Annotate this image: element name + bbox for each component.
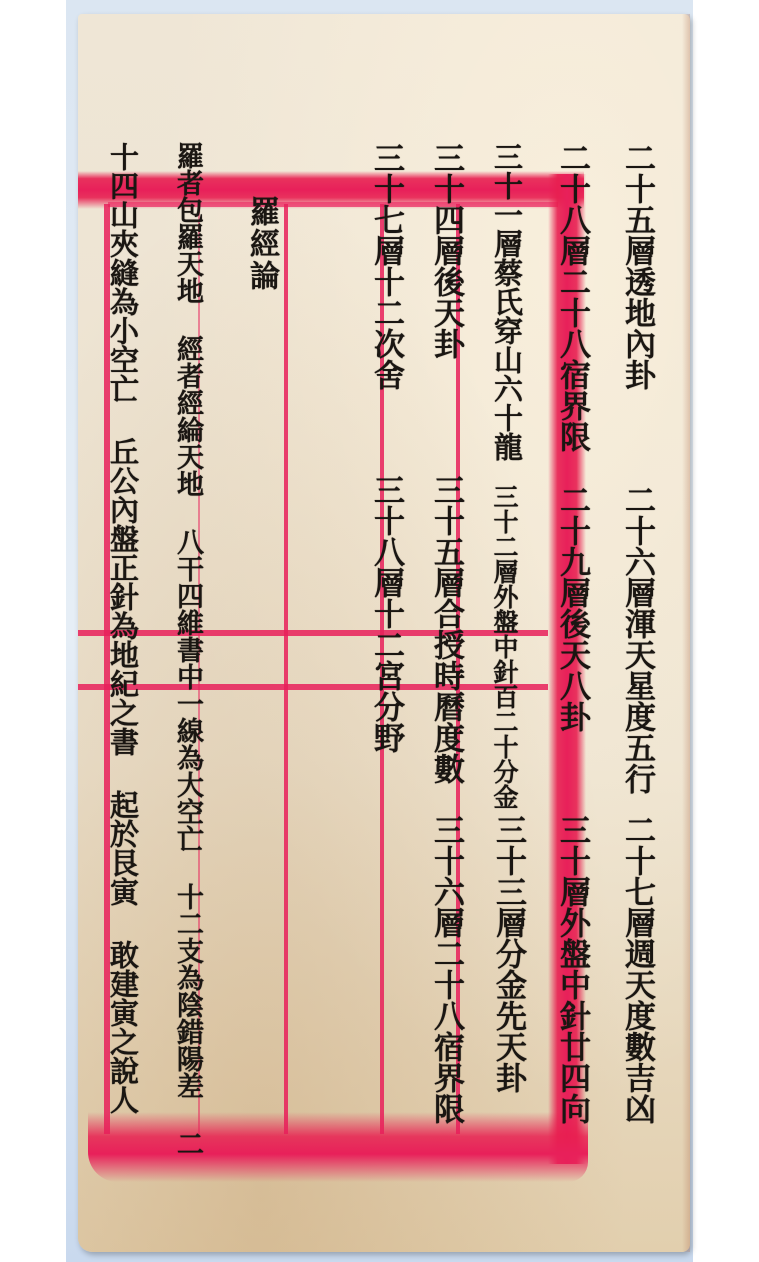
layer-entry: 三十三層分金先天卦 xyxy=(492,814,523,1093)
layer-entry: 三十四層後天卦 xyxy=(430,142,461,359)
red-column-rule xyxy=(284,204,288,1134)
essay-line: 羅者包羅天地 經者經綸天地 八干四維書中一線為大空亡 十二支為陰錯陽差 二 xyxy=(174,142,201,1157)
layer-entry: 二十七層週天度數吉凶 xyxy=(621,814,652,1124)
layer-entry: 二十六層渾天星度五行 xyxy=(621,484,652,794)
red-row-rule xyxy=(78,684,548,690)
layer-entry: 三十層外盤中針廿四向 xyxy=(556,814,587,1124)
layer-entry: 三十五層合授時曆度數 xyxy=(430,474,461,784)
layer-entry: 三十二層外盤中針百二十分金 xyxy=(492,484,517,809)
layer-entry: 三十一層蔡氏穿山六十龍 xyxy=(492,142,521,461)
essay-title: 羅經論 xyxy=(246,196,276,292)
essay-line: 十四山夾縫為小空亡 丘公內盤正針為地紀之書 起於艮寅 敢建寅之說人 xyxy=(108,142,137,1114)
manuscript-page: 二十五層透地內卦 二十六層渾天星度五行 二十七層週天度數吉凶 二十八層二十八宿界… xyxy=(78,14,690,1252)
layer-entry: 二十八層二十八宿界限 xyxy=(556,142,587,452)
layer-entry: 三十七層十二次舍 xyxy=(370,142,401,390)
layer-entry: 二十五層透地內卦 xyxy=(621,142,652,390)
page-edge xyxy=(682,14,690,1252)
red-row-rule xyxy=(78,630,548,636)
layer-entry: 二十九層後天八卦 xyxy=(556,484,587,732)
red-frame-bottom xyxy=(88,1112,588,1182)
layer-entry: 三十六層二十八宿界限 xyxy=(430,814,461,1124)
layer-entry: 三十八層十二宮分野 xyxy=(370,474,401,753)
